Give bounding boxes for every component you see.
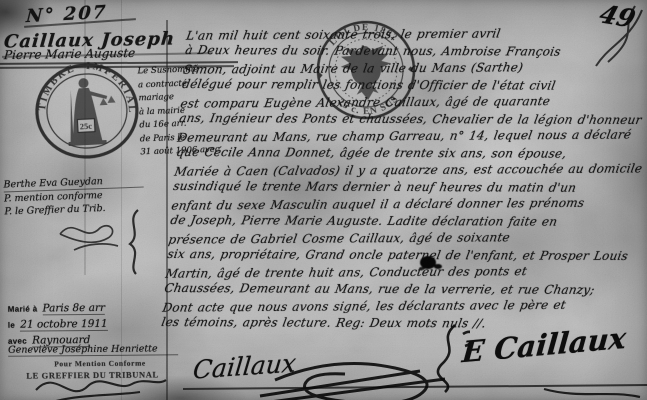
scanned-birth-record: N° 207 Caillaux Joseph Pierre Marie Augu… [0, 0, 647, 400]
act-body-text: L'an mil huit cent soixante trois, le pr… [161, 26, 647, 332]
greffier-signature-1906 [55, 212, 170, 252]
closing-rule [183, 384, 647, 390]
allegorical-figure [65, 77, 117, 146]
signature-tail-stroke [540, 386, 645, 400]
stamp-denomination: 25c [79, 121, 92, 132]
ink-blot [420, 256, 436, 269]
margin-brace-flourish [124, 208, 146, 278]
act-number: N° 207 [26, 2, 108, 27]
timbre-imperial-stamp: TIMBRE IMPERIAL 25c [29, 54, 145, 170]
mention-conforme-stamp: Pour Mention Conforme [54, 358, 178, 368]
greffier-tribunal-stamp: LE GREFFIER DU TRIBUNAL [26, 369, 178, 380]
marriage-1906-note-continued: Berthe Eva Gueydan P. mention conforme P… [3, 174, 144, 219]
spouse-forenames-1911: Geneviève Joséphine Henriette [8, 343, 178, 356]
marriage-1911-note: Marié à Paris 8e arr le 21 octobre 1911 … [8, 295, 179, 380]
signature-father: Caillaux [192, 348, 298, 384]
